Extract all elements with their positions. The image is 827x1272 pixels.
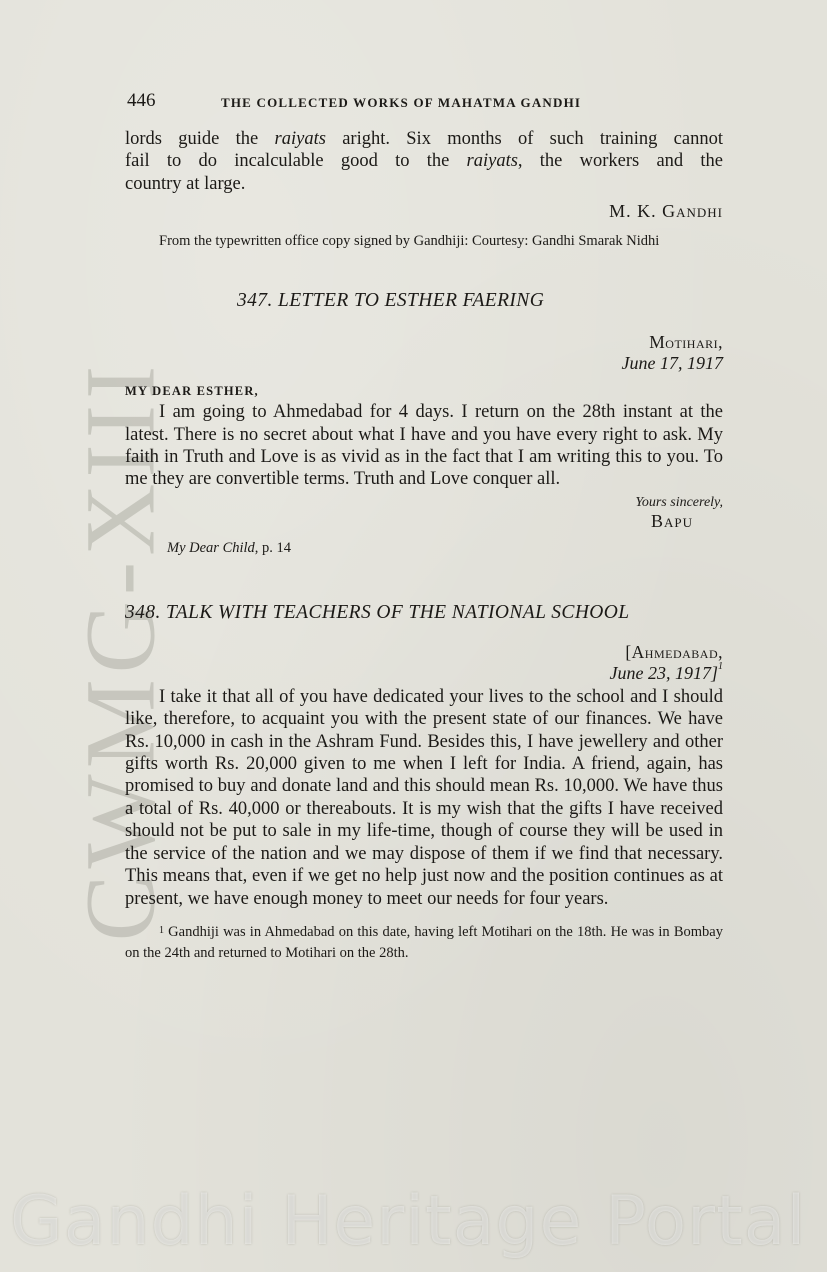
page-number: 446	[127, 90, 156, 112]
section-347-date: June 17, 1917	[125, 353, 723, 374]
section-347-place: Motihari,	[125, 332, 723, 353]
running-head: 446 THE COLLECTED WORKS OF MAHATMA GANDH…	[125, 90, 723, 116]
bottom-watermark: Gandhi Heritage Portal	[10, 1182, 820, 1261]
section-348-body: I take it that all of you have dedicated…	[125, 686, 723, 910]
source-note-347: My Dear Child, p. 14	[125, 538, 723, 559]
section-348-date: June 23, 1917]1	[125, 663, 723, 684]
carryover-line-2: fail to do incalculable good to the raiy…	[125, 150, 723, 172]
carryover-paragraph: lords guide the raiyats aright. Six mont…	[125, 128, 723, 195]
signature-mk-gandhi: M. K. Gandhi	[125, 201, 723, 222]
signature-bapu: Bapu	[125, 511, 723, 532]
carryover-line-1: lords guide the raiyats aright. Six mont…	[125, 128, 723, 150]
footnote-marker: 1	[159, 925, 164, 936]
source-note-346: From the typewritten office copy signed …	[125, 231, 723, 252]
section-348-place: [Ahmedabad,	[125, 642, 723, 663]
carryover-line-3: country at large.	[125, 173, 723, 195]
book-page: 446 THE COLLECTED WORKS OF MAHATMA GANDH…	[125, 90, 723, 964]
closing-yours-sincerely: Yours sincerely,	[125, 495, 723, 511]
section-348-heading: 348. TALK WITH TEACHERS OF THE NATIONAL …	[125, 602, 723, 624]
salutation: MY DEAR ESTHER,	[125, 384, 723, 399]
footnote-reference: 1	[718, 661, 723, 672]
running-head-title: THE COLLECTED WORKS OF MAHATMA GANDHI	[221, 95, 581, 111]
footnote: 1 Gandhiji was in Ahmedabad on this date…	[125, 922, 723, 964]
section-347-heading: 347. LETTER TO ESTHER FAERING	[125, 290, 723, 312]
section-347-body: I am going to Ahmedabad for 4 days. I re…	[125, 401, 723, 491]
